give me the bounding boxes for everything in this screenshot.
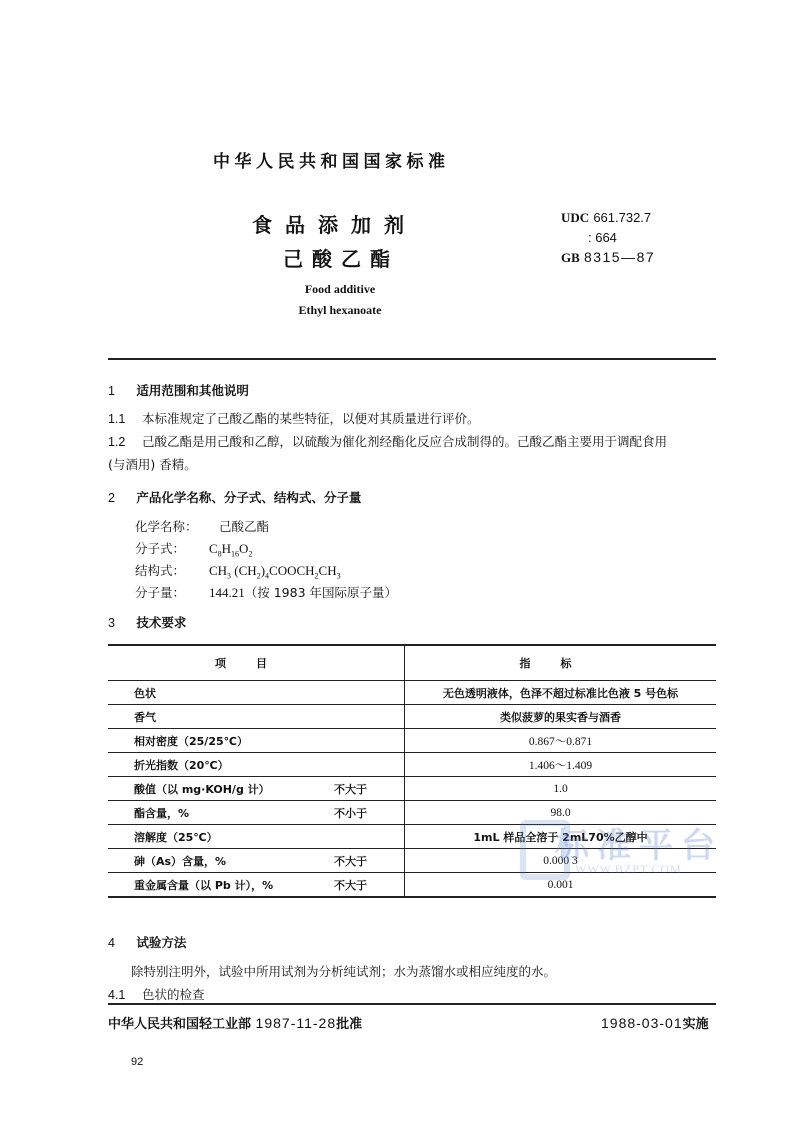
item-cell: 香气 [108, 705, 334, 729]
spec-cell: 0.867～0.871 [405, 729, 717, 753]
item-cell: 酸值（以 mg·KOH/g 计） [108, 777, 334, 801]
effective-date: 1988-03-01 [601, 1015, 683, 1031]
item-cell: 相对密度（25/25℃） [108, 729, 334, 753]
clause-text: 己酸乙酯是用己酸和乙醇，以硫酸为催化剂经酯化反应合成制得的。己酸乙酯主要用于调配… [142, 434, 667, 449]
item-cell: 砷（As）含量，% [108, 849, 334, 873]
chemical-name-label: 化学名称： [135, 517, 205, 535]
section-number: 1 [108, 384, 132, 398]
spec-cell: 0.001 [405, 873, 717, 898]
spec-cell: 0.000 3 [405, 849, 717, 873]
table-row: 溶解度（25℃） 1mL 样品全溶于 2mL70%乙醇中 [108, 825, 716, 849]
chemical-name-value: 己酸乙酯 [209, 519, 269, 534]
gb-line: GB 8315—87 [561, 248, 655, 268]
section-4-intro: 除特别注明外，试验中所用试剂为分析纯试剂；水为蒸馏水或相应纯度的水。 [131, 962, 556, 980]
effective-info: 1988-03-01实施 [601, 1013, 709, 1032]
english-title-line2: Ethyl hexanoate [190, 303, 490, 318]
clause-text: 本标准规定了己酸乙酯的某些特征，以便对其质量进行评价。 [142, 411, 480, 426]
table-row: 香气 类似菠萝的果实香与酒香 [108, 705, 716, 729]
item-cell: 重金属含量（以 Pb 计），% [108, 873, 334, 898]
approval-info: 中华人民共和国轻工业部 1987-11-28批准 [108, 1013, 362, 1032]
qualifier-cell: 不大于 [334, 849, 405, 873]
molecular-formula-value: C8H16O2 [209, 541, 252, 556]
section-number: 3 [108, 616, 132, 630]
technical-requirements-table: 项目 指标 色状 无色透明液体，色泽不超过标准比色液 5 号色标 香气 类似菠萝… [108, 644, 716, 898]
approval-suffix: 批准 [336, 1017, 362, 1032]
qualifier-cell [334, 753, 405, 777]
structural-formula-row: 结构式： CH3 (CH2)4COOCH2CH3 [135, 561, 341, 581]
column-header-item: 项目 [108, 645, 405, 681]
section-title: 技术要求 [136, 615, 186, 630]
structural-formula-value: CH3 (CH2)4COOCH2CH3 [209, 563, 341, 578]
spec-cell: 1.0 [405, 777, 717, 801]
molecular-formula-label: 分子式： [135, 539, 205, 557]
table-row: 重金属含量（以 Pb 计），% 不大于 0.001 [108, 873, 716, 898]
footer-divider [108, 1003, 716, 1005]
table-header-row: 项目 指标 [108, 645, 716, 681]
section-1-heading: 1 适用范围和其他说明 [108, 381, 249, 399]
qualifier-cell [334, 705, 405, 729]
chemical-name-row: 化学名称： 己酸乙酯 [135, 517, 269, 535]
table-row: 折光指数（20℃） 1.406～1.409 [108, 753, 716, 777]
clause-4-1: 4.1 色状的检查 [108, 985, 205, 1003]
item-cell: 溶解度（25℃） [108, 825, 334, 849]
molecular-weight-label: 分子量： [135, 583, 205, 601]
approver: 中华人民共和国轻工业部 [108, 1017, 251, 1032]
section-3-heading: 3 技术要求 [108, 613, 186, 631]
item-cell: 酯含量，% [108, 801, 334, 825]
table-row: 砷（As）含量，% 不大于 0.000 3 [108, 849, 716, 873]
udc-line: UDC 661.732.7 [561, 208, 655, 228]
qualifier-cell [334, 681, 405, 705]
effective-suffix: 实施 [683, 1017, 709, 1032]
spec-cell: 1mL 样品全溶于 2mL70%乙醇中 [405, 825, 717, 849]
section-number: 2 [108, 491, 132, 505]
udc-value-2: : 664 [588, 230, 617, 245]
item-cell: 折光指数（20℃） [108, 753, 334, 777]
section-number: 4 [108, 936, 132, 950]
table-row: 色状 无色透明液体，色泽不超过标准比色液 5 号色标 [108, 681, 716, 705]
spec-cell: 1.406～1.409 [405, 753, 717, 777]
structural-formula-label: 结构式： [135, 561, 205, 579]
udc-line-2: : 664 [561, 228, 655, 248]
udc-value: 661.732.7 [593, 210, 651, 225]
gb-label: GB [561, 248, 580, 267]
section-title: 试验方法 [136, 935, 186, 950]
qualifier-cell: 不大于 [334, 777, 405, 801]
clause-number: 1.2 [108, 435, 138, 449]
document-subtitle: 己酸乙酯 [283, 243, 399, 272]
molecular-weight-row: 分子量： 144.21（按 1983 年国际原子量） [135, 583, 397, 601]
section-2-heading: 2 产品化学名称、分子式、结构式、分子量 [108, 488, 361, 506]
qualifier-cell: 不大于 [334, 873, 405, 898]
header-divider [108, 358, 716, 360]
clause-number: 4.1 [108, 988, 138, 1002]
page-number: 92 [131, 1056, 143, 1068]
spec-cell: 98.0 [405, 801, 717, 825]
qualifier-cell: 不小于 [334, 801, 405, 825]
clause-text: 色状的检查 [142, 987, 205, 1002]
table-row: 酯含量，% 不小于 98.0 [108, 801, 716, 825]
clause-1-1: 1.1 本标准规定了己酸乙酯的某些特征，以便对其质量进行评价。 [108, 409, 480, 427]
document-title: 食品添加剂 [252, 209, 417, 238]
spec-cell: 类似菠萝的果实香与酒香 [405, 705, 717, 729]
molecular-weight-value: 144.21 [209, 585, 245, 600]
approval-date: 1987-11-28 [256, 1015, 337, 1031]
gb-number: 8315—87 [584, 249, 655, 265]
english-title-line1: Food additive [190, 282, 490, 297]
spec-cell: 无色透明液体，色泽不超过标准比色液 5 号色标 [405, 681, 717, 705]
udc-label: UDC [561, 208, 589, 227]
clause-1-2: 1.2 己酸乙酯是用己酸和乙醇，以硫酸为催化剂经酯化反应合成制得的。己酸乙酯主要… [108, 432, 667, 450]
qualifier-cell [334, 825, 405, 849]
section-title: 适用范围和其他说明 [136, 383, 249, 398]
section-title: 产品化学名称、分子式、结构式、分子量 [136, 490, 361, 505]
national-standard-label: 中华人民共和国国家标准 [213, 147, 450, 172]
table-row: 相对密度（25/25℃） 0.867～0.871 [108, 729, 716, 753]
section-4-heading: 4 试验方法 [108, 933, 186, 951]
column-header-spec: 指标 [405, 645, 717, 681]
qualifier-cell [334, 729, 405, 753]
clause-1-2-continued: (与酒用) 香精。 [108, 455, 197, 473]
table-row: 酸值（以 mg·KOH/g 计） 不大于 1.0 [108, 777, 716, 801]
molecular-weight-note: （按 1983 年国际原子量） [245, 585, 397, 600]
molecular-formula-row: 分子式： C8H16O2 [135, 539, 252, 559]
item-cell: 色状 [108, 681, 334, 705]
clause-number: 1.1 [108, 412, 138, 426]
classification-codes: UDC 661.732.7 : 664 GB 8315—87 [561, 208, 655, 268]
